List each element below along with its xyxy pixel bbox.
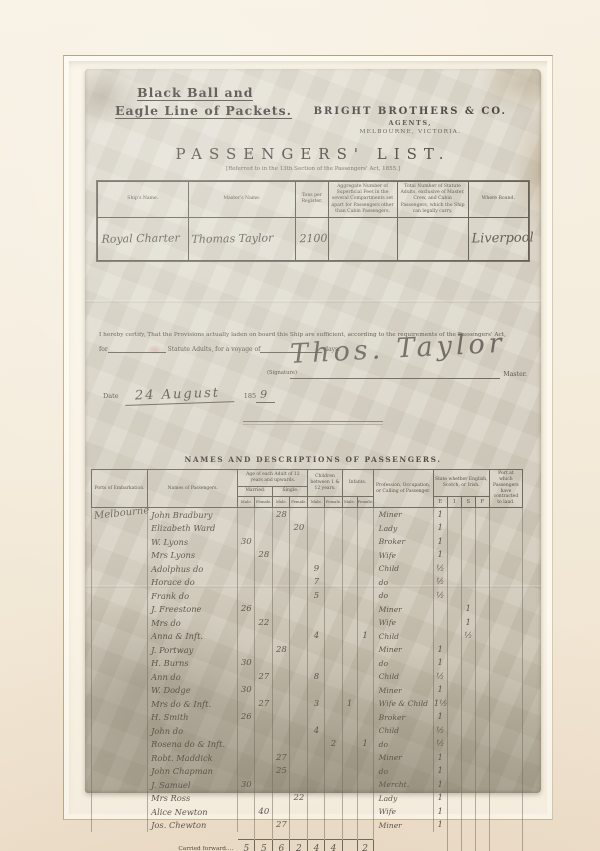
- passenger-cell: [273, 589, 290, 603]
- passenger-row: John Chapman25do1: [92, 765, 523, 779]
- passenger-cell: [489, 819, 522, 833]
- passenger-cell: ½: [433, 562, 447, 576]
- agents-name: BRIGHT BROTHERS & CO.: [314, 106, 507, 117]
- passenger-cell: [290, 589, 308, 603]
- passenger-cell: [489, 724, 522, 738]
- passenger-cell: 7: [308, 576, 325, 590]
- passenger-cell: [273, 603, 290, 617]
- superficial-feet-header: Aggregate Number of Superficial Feet in …: [328, 182, 397, 218]
- passenger-cell: [290, 576, 308, 590]
- carried-forward-value: 4: [308, 840, 325, 851]
- passenger-cell: [475, 751, 489, 765]
- passenger-cell: [308, 535, 325, 549]
- passenger-cell: [273, 778, 290, 792]
- passenger-cell: [290, 711, 308, 725]
- passenger-cell: ½: [433, 670, 447, 684]
- passenger-cell: [433, 630, 447, 644]
- passenger-cell: Miner: [373, 508, 433, 522]
- passenger-cell: 1: [433, 751, 447, 765]
- carried-forward-row: Carried forward....5562442: [92, 840, 523, 851]
- gap-cell: [447, 832, 461, 840]
- passenger-cell: 26: [238, 603, 255, 617]
- year-handwriting: 9: [256, 388, 275, 403]
- passenger-row: J. Samuel30Mercht.1: [92, 778, 523, 792]
- passenger-cell: [290, 657, 308, 671]
- passenger-cell: [357, 819, 373, 833]
- passenger-row: Elizabeth Ward20Lady1: [92, 522, 523, 536]
- passenger-row: Mrs do & Inft.2731Wife & Child1½: [92, 697, 523, 711]
- passenger-cell: [475, 522, 489, 536]
- passenger-cell: [475, 697, 489, 711]
- passenger-cell: [255, 778, 273, 792]
- passenger-cell: Miner: [373, 751, 433, 765]
- passenger-cell: 1: [433, 643, 447, 657]
- passenger-cell: [92, 535, 148, 549]
- passenger-cell: [325, 562, 342, 576]
- carried-forward-cell: [433, 840, 447, 851]
- passenger-cell: [238, 549, 255, 563]
- passenger-cell: [273, 738, 290, 752]
- passenger-cell: ½: [433, 738, 447, 752]
- passenger-name-cell: Frank do: [148, 589, 238, 603]
- passenger-cell: [238, 630, 255, 644]
- passenger-name-cell: W. Lyons: [148, 535, 238, 549]
- passenger-cell: [290, 765, 308, 779]
- passenger-row: Anna & Inft.41Child½: [92, 630, 523, 644]
- paper-crease: [85, 300, 541, 303]
- passenger-cell: 30: [238, 535, 255, 549]
- passenger-cell: [255, 819, 273, 833]
- passenger-name-cell: J. Samuel: [148, 778, 238, 792]
- passenger-cell: Lady: [373, 522, 433, 536]
- passenger-cell: [461, 751, 475, 765]
- passenger-cell: [475, 616, 489, 630]
- passenger-cell: 28: [273, 643, 290, 657]
- gap-cell: [475, 832, 489, 840]
- passenger-cell: [489, 697, 522, 711]
- gap-cell: [357, 832, 373, 840]
- carried-forward-cell: [373, 840, 433, 851]
- passenger-name-cell: Robt. Maddick: [148, 751, 238, 765]
- passenger-cell: [325, 751, 342, 765]
- passenger-cell: Child: [373, 670, 433, 684]
- passenger-cell: [273, 576, 290, 590]
- passenger-cell: [447, 643, 461, 657]
- passenger-cell: [475, 589, 489, 603]
- passenger-cell: [357, 562, 373, 576]
- passenger-cell: [273, 562, 290, 576]
- passenger-cell: [255, 711, 273, 725]
- passenger-cell: 27: [255, 697, 273, 711]
- age-group-header: Age of each Adult of 12 years and upward…: [238, 470, 308, 487]
- signature-label: (Signature): [267, 370, 297, 376]
- passenger-cell: [342, 522, 357, 536]
- passenger-cell: [238, 724, 255, 738]
- passenger-cell: [255, 643, 273, 657]
- passenger-cell: [255, 603, 273, 617]
- passenger-cell: [489, 751, 522, 765]
- passenger-cell: [290, 670, 308, 684]
- passenger-cell: [447, 589, 461, 603]
- passenger-cell: [489, 562, 522, 576]
- passenger-cell: [273, 630, 290, 644]
- document-subtitle: [Referred to in the 13th Section of the …: [85, 166, 541, 172]
- passenger-cell: [489, 616, 522, 630]
- passenger-cell: [92, 562, 148, 576]
- passenger-cell: 28: [273, 508, 290, 522]
- passenger-cell: [238, 805, 255, 819]
- passenger-cell: [461, 765, 475, 779]
- passenger-cell: [475, 778, 489, 792]
- passenger-cell: [290, 684, 308, 698]
- passenger-cell: [447, 508, 461, 522]
- passenger-cell: [475, 738, 489, 752]
- passenger-cell: [255, 738, 273, 752]
- passenger-cell: [325, 576, 342, 590]
- passenger-name-cell: H. Burns: [148, 657, 238, 671]
- passenger-cell: [255, 792, 273, 806]
- passenger-cell: [461, 549, 475, 563]
- passenger-cell: [357, 711, 373, 725]
- passenger-cell: [325, 589, 342, 603]
- passenger-cell: Miner: [373, 819, 433, 833]
- passenger-cell: 1: [342, 697, 357, 711]
- passenger-cell: [489, 603, 522, 617]
- passenger-cell: [489, 657, 522, 671]
- passenger-cell: [290, 778, 308, 792]
- carried-forward-cell: [475, 840, 489, 851]
- passenger-cell: [308, 738, 325, 752]
- passenger-cell: [325, 535, 342, 549]
- passenger-cell: [92, 819, 148, 833]
- passenger-cell: 28: [255, 549, 273, 563]
- ship-info-table: Ship's Name. Master's Name. Tons per Reg…: [97, 181, 529, 261]
- document-title: PASSENGERS' LIST.: [85, 145, 541, 163]
- passenger-cell: [357, 724, 373, 738]
- passenger-cell: [92, 576, 148, 590]
- passenger-row: Horace do7do½: [92, 576, 523, 590]
- passenger-cell: [447, 819, 461, 833]
- passenger-row: Alice Newton40Wife1: [92, 805, 523, 819]
- gap-cell: [433, 832, 447, 840]
- for-label: for: [99, 346, 108, 353]
- passenger-cell: 40: [255, 805, 273, 819]
- passenger-row: Jos. Chewton27Miner1: [92, 819, 523, 833]
- passenger-cell: [461, 562, 475, 576]
- superficial-feet-value: [328, 217, 398, 261]
- passenger-cell: [92, 643, 148, 657]
- gap-cell: [373, 832, 433, 840]
- carried-forward-cell: [92, 840, 148, 851]
- passenger-cell: [475, 643, 489, 657]
- passenger-name-cell: Horace do: [148, 576, 238, 590]
- passenger-cell: [92, 616, 148, 630]
- passenger-cell: [357, 549, 373, 563]
- profession-header: Profession, Occupation, or Calling of Pa…: [373, 470, 433, 508]
- nat-col-scotch: S: [461, 496, 475, 507]
- passenger-cell: [461, 805, 475, 819]
- passenger-cell: 1: [433, 535, 447, 549]
- male-header: Male.: [238, 496, 255, 507]
- passenger-cell: 5: [308, 589, 325, 603]
- passenger-name-cell: Mrs Ross: [148, 792, 238, 806]
- passenger-cell: [489, 522, 522, 536]
- passenger-cell: [475, 576, 489, 590]
- passenger-cell: [273, 670, 290, 684]
- carried-forward-value: 2: [290, 840, 308, 851]
- passenger-cell: Broker: [373, 535, 433, 549]
- passenger-cell: [489, 805, 522, 819]
- passenger-cell: 9: [308, 562, 325, 576]
- passenger-cell: [325, 697, 342, 711]
- carried-forward-cell: [447, 840, 461, 851]
- passenger-cell: [461, 724, 475, 738]
- passenger-name-cell: John do: [148, 724, 238, 738]
- passenger-cell: [92, 589, 148, 603]
- statute-adults-header: Total Number of Statute Adults, exclusiv…: [397, 182, 468, 218]
- embarkation-port-handwriting: Melbourne: [94, 505, 150, 522]
- passenger-cell: [325, 711, 342, 725]
- passenger-cell: 1: [461, 616, 475, 630]
- passenger-cell: do: [373, 765, 433, 779]
- signature-handwriting: Thos. Taylor: [289, 327, 520, 370]
- carried-forward-cell: [461, 840, 475, 851]
- passenger-cell: 2: [325, 738, 342, 752]
- passenger-cell: [342, 576, 357, 590]
- passenger-name-cell: Mrs do & Inft.: [148, 697, 238, 711]
- passenger-cell: [92, 778, 148, 792]
- gap-cell: [238, 832, 255, 840]
- passenger-cell: [92, 549, 148, 563]
- passenger-row: H. Smith26Broker1: [92, 711, 523, 725]
- passenger-cell: [357, 778, 373, 792]
- carried-forward-value: 5: [238, 840, 255, 851]
- passenger-cell: [342, 549, 357, 563]
- passenger-cell: [92, 630, 148, 644]
- passenger-row: MelbourneJohn Bradbury28Miner1: [92, 508, 523, 522]
- nationality-header: State whether English, Scotch, or Irish.: [433, 470, 489, 497]
- passenger-name-cell: J. Freestone: [148, 603, 238, 617]
- gap-cell: [325, 832, 342, 840]
- tons-header: Tons per Register.: [296, 182, 328, 218]
- passenger-cell: [447, 603, 461, 617]
- passenger-cell: [461, 819, 475, 833]
- passenger-cell: [290, 535, 308, 549]
- passenger-cell: [92, 738, 148, 752]
- passenger-row: Ann do278Child½: [92, 670, 523, 684]
- passenger-cell: Wife: [373, 616, 433, 630]
- passenger-cell: [357, 657, 373, 671]
- passenger-cell: [475, 657, 489, 671]
- passenger-cell: [273, 616, 290, 630]
- passenger-cell: [325, 616, 342, 630]
- passenger-cell: [255, 589, 273, 603]
- passenger-row: Frank do5do½: [92, 589, 523, 603]
- female-header: Female.: [325, 496, 342, 507]
- passenger-cell: [475, 549, 489, 563]
- passenger-cell: [475, 724, 489, 738]
- passenger-cell: [447, 711, 461, 725]
- gap-cell: [148, 832, 238, 840]
- passenger-cell: [308, 603, 325, 617]
- passenger-cell: [489, 535, 522, 549]
- passenger-cell: [238, 522, 255, 536]
- passenger-cell: [475, 792, 489, 806]
- passenger-cell: [357, 522, 373, 536]
- passenger-cell: [238, 589, 255, 603]
- passenger-name-cell: Ann do: [148, 670, 238, 684]
- passenger-cell: [325, 805, 342, 819]
- passenger-cell: [475, 765, 489, 779]
- passenger-cell: [357, 616, 373, 630]
- passenger-cell: 1: [433, 765, 447, 779]
- passenger-cell: [447, 684, 461, 698]
- passenger-cell: [447, 765, 461, 779]
- passenger-row: W. Dodge30Miner1: [92, 684, 523, 698]
- section-divider: [243, 421, 383, 425]
- passenger-cell: [342, 751, 357, 765]
- passenger-cell: [255, 630, 273, 644]
- passenger-cell: [92, 805, 148, 819]
- passenger-name-cell: Anna & Inft.: [148, 630, 238, 644]
- passenger-row: Rosena do & Inft.21do½: [92, 738, 523, 752]
- passenger-cell: [357, 535, 373, 549]
- passenger-cell: [325, 549, 342, 563]
- passenger-cell: [308, 508, 325, 522]
- passenger-cell: [290, 643, 308, 657]
- passenger-cell: [475, 711, 489, 725]
- carried-forward-value: 2: [357, 840, 373, 851]
- where-bound-value: Liverpool: [468, 217, 529, 261]
- passenger-cell: [325, 522, 342, 536]
- female-header: Female.: [290, 496, 308, 507]
- signature-line: [290, 378, 500, 379]
- ship-name-header: Ship's Name.: [98, 182, 189, 218]
- passenger-cell: [290, 549, 308, 563]
- passenger-cell: Melbourne: [92, 508, 148, 522]
- passenger-cell: [290, 724, 308, 738]
- passenger-cell: [447, 805, 461, 819]
- passenger-cell: [461, 792, 475, 806]
- passenger-cell: 1: [461, 603, 475, 617]
- passenger-cell: [290, 805, 308, 819]
- passenger-name-cell: Adolphus do: [148, 562, 238, 576]
- passenger-cell: Mercht.: [373, 778, 433, 792]
- passenger-cell: [308, 778, 325, 792]
- tons-value: 2100: [295, 217, 328, 261]
- passenger-row: W. Lyons30Broker1: [92, 535, 523, 549]
- masthead-line2: Eagle Line of Packets.: [115, 103, 292, 119]
- passenger-cell: 27: [255, 670, 273, 684]
- passenger-cell: [308, 616, 325, 630]
- passenger-cell: [308, 549, 325, 563]
- passenger-cell: [308, 819, 325, 833]
- passenger-cell: [255, 562, 273, 576]
- carried-forward-label: Carried forward....: [148, 840, 238, 851]
- agents-location: MELBOURNE, VICTORIA.: [314, 129, 507, 135]
- passenger-row: J. Freestone26Miner1: [92, 603, 523, 617]
- passenger-cell: [255, 508, 273, 522]
- passenger-cell: 1: [433, 778, 447, 792]
- passenger-cell: [290, 751, 308, 765]
- passenger-cell: [290, 616, 308, 630]
- passenger-cell: [255, 657, 273, 671]
- passenger-cell: [273, 792, 290, 806]
- passenger-cell: [92, 724, 148, 738]
- passenger-cell: [489, 549, 522, 563]
- master-name-header: Master's Name.: [188, 182, 296, 218]
- carried-forward-value: [342, 840, 357, 851]
- passenger-cell: [461, 643, 475, 657]
- passenger-name-cell: J. Portway: [148, 643, 238, 657]
- male-header: Male.: [308, 496, 325, 507]
- passenger-cell: [290, 508, 308, 522]
- passenger-cell: 1: [433, 549, 447, 563]
- passenger-cell: [447, 724, 461, 738]
- gap-cell: [461, 832, 475, 840]
- passenger-cell: 27: [273, 751, 290, 765]
- passenger-cell: [489, 630, 522, 644]
- passenger-row: Adolphus do9Child½: [92, 562, 523, 576]
- passenger-cell: [475, 805, 489, 819]
- passenger-cell: [342, 589, 357, 603]
- passenger-cell: [357, 643, 373, 657]
- passenger-cell: [325, 684, 342, 698]
- passenger-cell: 1: [357, 738, 373, 752]
- passenger-cell: [290, 562, 308, 576]
- passenger-cell: [489, 643, 522, 657]
- passenger-cell: [273, 684, 290, 698]
- passenger-cell: [325, 778, 342, 792]
- passenger-cell: ½: [433, 589, 447, 603]
- passenger-cell: [255, 684, 273, 698]
- female-header: Female.: [357, 496, 373, 507]
- passenger-cell: 3: [308, 697, 325, 711]
- passenger-cell: [308, 684, 325, 698]
- passenger-cell: [325, 765, 342, 779]
- infants-header: Infants.: [342, 470, 373, 497]
- passenger-cell: [357, 751, 373, 765]
- passenger-cell: [238, 765, 255, 779]
- passenger-cell: do: [373, 657, 433, 671]
- passenger-cell: [447, 792, 461, 806]
- passenger-cell: [273, 805, 290, 819]
- passenger-cell: [489, 711, 522, 725]
- passenger-cell: do: [373, 738, 433, 752]
- passenger-cell: [461, 576, 475, 590]
- passenger-cell: [308, 792, 325, 806]
- mat-window: Black Ball and Eagle Line of Packets. BR…: [63, 55, 553, 820]
- gap-cell: [489, 832, 522, 840]
- gap-cell: [255, 832, 273, 840]
- agents-block: BRIGHT BROTHERS & CO. AGENTS, MELBOURNE,…: [314, 106, 507, 135]
- carried-forward-value: 5: [255, 840, 273, 851]
- statute-label: Statute Adults, for a voyage of: [168, 346, 261, 353]
- passenger-cell: 1: [433, 657, 447, 671]
- gap-cell: [308, 832, 325, 840]
- passenger-cell: [273, 697, 290, 711]
- passenger-name-cell: Alice Newton: [148, 805, 238, 819]
- passenger-cell: 27: [273, 819, 290, 833]
- date-row: Date 24 August 1859: [103, 387, 275, 404]
- passenger-cell: [461, 589, 475, 603]
- passenger-name-cell: Jos. Chewton: [148, 819, 238, 833]
- passenger-cell: [447, 778, 461, 792]
- passenger-cell: [475, 819, 489, 833]
- passenger-cell: [447, 697, 461, 711]
- male-header: Male.: [342, 496, 357, 507]
- year-printed: 185: [244, 392, 256, 400]
